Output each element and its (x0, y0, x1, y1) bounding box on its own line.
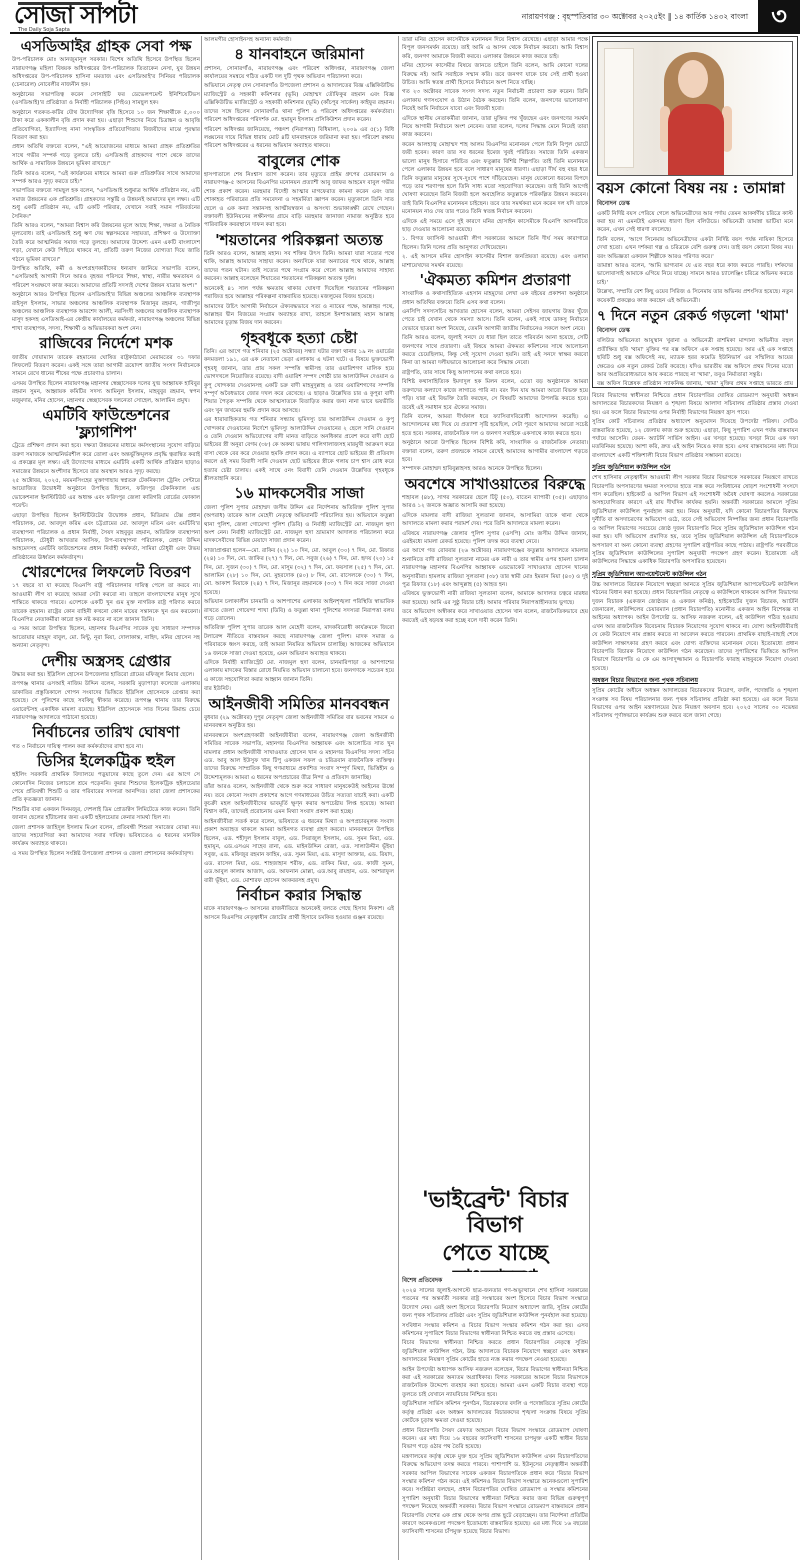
lead-story-body-col3: বিশেষ প্রতিবেদক ২০২৪ সালের জুলাই-আগস্টে … (402, 1274, 588, 1560)
article-vehicle-fine: ৪ যানবাহনে জরিমানা প্রশাসন, সোনারগাঁও, ন… (204, 46, 394, 150)
lead-story-subheading: সুপ্রিম জুডিশিয়াল অ্যাপয়েন্টমেন্ট কাউন… (592, 569, 798, 580)
article-headline: 'ঐকমত্য কমিশন প্রতারণা (402, 272, 588, 289)
article-headline: খোরশেদের লিফলেট বিতরণ (12, 564, 200, 581)
article-paragraph: মন্ত্রণালয়ের কর্তৃত্ব থেকে মুক্ত হয়ে স… (402, 1453, 588, 1537)
article-paragraph: রূপগঞ্জ থানার এসআই নাজিম উদ্দিন বলেন, সর… (12, 680, 200, 722)
lead-story-headline-line1: 'ভাইব্রেন্ট' বিচার বিভাগ (402, 1188, 588, 1239)
lead-story-body-col4: বিচার বিভাগের স্বাধীনতা নিশ্চিতে প্রধান … (592, 392, 798, 721)
article-paragraph: গত ২৩ অক্টোবর সাবেক সংসদ সদস্য নতুন নির্… (402, 88, 588, 113)
article-paragraph: এবিষয়ে ভুক্তভোগী নারী রাজিয়া সুলতানা ব… (402, 590, 588, 607)
article-continuation: বার ইউনিট। (204, 685, 394, 693)
article-paragraph: সম্পাদক মোহাম্মদ হাবিবুল্লাহসহ আরও অনেকে… (402, 465, 588, 473)
article-paragraph: বিচার বিভাগের স্বাধীনতা নিশ্চিতে প্রধান … (592, 392, 798, 417)
article-consensus-commission: 'ঐকমত্য কমিশন প্রতারণা সাংবাদিক ও কথাসাহ… (402, 272, 588, 474)
article-paragraph: বলিউড অভিনেতা আয়ুষ্মান খুরানা ও অভিনেত্… (597, 337, 793, 379)
article-paragraph: অতিরিক্ত পুলিশ সুপার তারেক আল মেহেদী বলে… (204, 624, 394, 658)
lead-story-subheading: অধস্তন বিচার বিভাগের জন্য পৃথক সচিবালয় (592, 675, 798, 686)
article-headline: 'শয়তানের পরিকল্পনা অত্যন্ত (204, 232, 394, 249)
article-paragraph: বিচার বিভাগের স্বাধীনতা নিশ্চিত করতে প্র… (402, 1339, 588, 1364)
article-paragraph: তিনি আরও বলেন, আল্লাহ মহান। সব শক্তির উৎ… (204, 250, 394, 284)
article-paragraph: মানববন্ধনে অংশগ্রহণকারী আইনজীবীরা বলেন, … (204, 732, 394, 782)
article-paragraph: তিনি আরও বলেন, জুলাই সনদে যে ধারা ছিল তা… (402, 334, 588, 368)
lead-story-headline-block: 'ভাইব্রেন্ট' বিচার বিভাগ পেতে যাচ্ছে বাং… (402, 1186, 588, 1272)
dateline: নারায়ণগঞ্জ : বৃহস্পতিবার ৩০ অক্টোবর ২০২… (522, 12, 748, 24)
article-paragraph: ২. এই আসনে মনির হোসাইন কাসেমীর বিশাল জনপ… (402, 253, 588, 270)
article-paragraph: তিনি আরও বলেন, "আমরা বিশ্বাস করি উন্নয়ন… (12, 222, 200, 264)
article-headline: ডিসির ইলেকট্রিক হুইল (12, 753, 200, 770)
article-paragraph: সংবিধান সংস্কার কমিশন ও বিচার বিভাগ সংস্… (402, 1322, 588, 1339)
article-paragraph: প্রশাসন, সোনারগাঁও, নারায়ণগঞ্জ এবং পরিব… (204, 65, 394, 82)
article-paragraph: ট্রেডে প্রশিক্ষণ প্রদান করা হবে। দক্ষতা … (12, 442, 200, 476)
article-paragraph: বক্স অফিস বিশ্লেষক প্রতিষ্ঠান স্যাকনিল্ক… (597, 380, 793, 388)
article-babul-condolence: বাবুলের শোক হাসপাতালে শেষ নিঃশ্বাস ত্যাগ… (204, 153, 394, 230)
actress-photo (597, 41, 793, 176)
article-paragraph: প্রধান বিচারপতি সৈয়দ রেফাত আহমেদ বিচার … (402, 1427, 588, 1452)
article-headline: এমটিবি ফাউন্ডেশনের 'ফ্ল্যাগশিপ' (12, 407, 200, 442)
article-paragraph: মনির হোসেন কাসেমীর বিষয়ে জানতে চাইলে তি… (402, 62, 588, 87)
article-paragraph: এদিকে স্থানীয় নেতাকর্মীরা জানান, তারা ম… (402, 115, 588, 140)
article-headline: ৪ যানবাহনে জরিমানা (204, 46, 394, 63)
article-paragraph: জেলা প্রশাসক জাহিদুল ইসলাম মিঞা বলেন, প্… (12, 824, 200, 849)
column-divider (201, 36, 202, 1560)
article-paragraph: পরিবেশ অধিদপ্তর জানিয়েছে, পঞ্চদশ (নিরাপ… (204, 126, 394, 151)
article-headline: বয়স কোনো বিষয় নয় : তামান্না (597, 180, 793, 197)
article-paragraph: উল্লেখ্য, সম্প্রতি বেশ কিছু ওয়েব সিরিজ … (597, 288, 793, 305)
article-paragraph: জেলা পুলিশ সুপার মোহাম্মদ জসীম উদ্দিন এর… (204, 504, 394, 546)
article-dc-electric-wheelchair: ডিসির ইলেকট্রিক হুইল হুইলিং সরকারি প্রাথ… (12, 753, 200, 858)
column-3: তারা মনির হোসেন কাসেমীকে মনোনয়ন দিয়ে ব… (402, 36, 588, 1186)
article-paragraph: সাংবাদিক ও কথাসাহিত্যিক এহসান মাহমুদের ল… (402, 290, 588, 307)
article-drug-users-sentenced: ১৬ মাদকসেবীর সাজা জেলা পুলিশ সুপার মোহাম… (204, 485, 394, 684)
article-byline: বিনোদন ডেস্ক (597, 198, 793, 209)
article-paragraph: এ সময় উপস্থিত ছিলেন সংশ্লিষ্ট উপজেলা প্… (12, 850, 200, 858)
article-paragraph: অনুষ্ঠানের সভাপতিত্ব করেন সোসাইটি ফর ডেভ… (12, 91, 200, 108)
column-divider (398, 36, 399, 1560)
article-headline: দেশীয় অস্ত্রসহ গ্রেপ্তার (12, 653, 200, 670)
article-paragraph: অনুষ্ঠানে গতকত-কটির যৌথ উদ্যোগিকা বৃত্তি… (12, 109, 200, 143)
article-paragraph: এ সময় আরো উপস্থিত ছিলেন, মহানগর বিএনপির… (12, 625, 200, 650)
article-paragraph: শাহাবল (৪৮), সাগর সরকারের ছেলে টিটু (৫০)… (402, 494, 588, 511)
article-arms-arrest: দেশীয় অস্ত্রসহ গ্রেপ্তার উদ্ধার করা হয়… (12, 653, 200, 723)
article-paragraph: প্রধান অতিথি বক্তব্যে বলেন, "এই আয়োজনের… (12, 143, 200, 168)
article-rajib-mosquito: রাজিবের নির্দেশে মশক জাতীয় দোয়াম্যান ত… (12, 335, 200, 405)
newspaper-logo: সোজা সাপটা (14, 2, 136, 28)
article-election-date: নির্বাচনের তারিখ ঘোষণা গত ৩ নির্বাচনে দা… (12, 724, 200, 751)
article-paragraph: বিশিষ্ট কথাসাহিত্যিক ইমদাদুল হক মিলন বলে… (402, 378, 588, 412)
article-headline: গৃহবধূকে হত্যা চেষ্টা (204, 330, 394, 347)
article-satan-plan: 'শয়তানের পরিকল্পনা অত্যন্ত তিনি আরও বলে… (204, 232, 394, 328)
article-paragraph: রাষ্ট্রপতি, তার সাথে কিছু আলাপনের কথা বল… (402, 369, 588, 377)
article-paragraph: গত ৩ নির্বাচনে দায়িত্ব পালন করা কর্মকর্… (12, 743, 200, 751)
article-paragraph: তিনি বলেন, আমরা দীর্ঘকাল ধরে ফ্যাসিবাদবি… (402, 413, 588, 438)
lead-story-subheading: সুপ্রিম জুডিশিয়াল কাউন্সিল গঠন (592, 462, 798, 473)
column-1: এসডিআইর গ্রাহক সেবা পক্ষ উপ-পরিচালক মোঃ … (12, 36, 200, 1560)
article-headline: ৭ দিনে নতুন রেকর্ড গড়লো 'থামা' (597, 309, 793, 324)
article-paragraph: এসময় উপস্থিত ছিলেন নারায়ণগঞ্জ মহানগর স… (12, 380, 200, 405)
article-paragraph: অনেকেই ৪১ সাল পর্যন্ত ক্ষমতায় থাকার ঘোষ… (204, 285, 394, 302)
article-paragraph: ১. বিগত ফ্যাসিস্ট আওয়ামী লীগ সরকারের আম… (402, 235, 588, 252)
article-headline: বাবুলের শোক (204, 153, 394, 170)
article-paragraph: অনুষ্ঠানে আরও উপস্থিত ছিলেন এসডিআই'র বিভ… (12, 291, 200, 333)
article-byline: বিনোদন ডেস্ক (597, 325, 793, 336)
column-divider (589, 36, 590, 1560)
article-paragraph: তাঁরা আরও বলেন, আইনজীবী থেকে শুরু করে সা… (204, 783, 394, 817)
article-paragraph: বুধবার (২৯ অক্টোবর) দুপুর নেতৃবৃন্দ জেলা… (204, 714, 394, 731)
photo-red-dress (668, 104, 724, 176)
article-paragraph: সুপ্রিম কোর্টের অধীনে অধস্তন আদালতের বিচ… (592, 687, 798, 721)
article-paragraph: এদিকে নির্বাহী ম্যাজিস্ট্রেট মো. নাজমুল … (204, 659, 394, 684)
article-mtb-foundation: এমটিবি ফাউন্ডেশনের 'ফ্ল্যাগশিপ' ট্রেডে প… (12, 407, 200, 562)
article-paragraph: তিনি আরও বলেন, "এই কার্যক্রমের মাধ্যমে আ… (12, 170, 200, 187)
entertainment-box: বয়স কোনো বিষয় নয় : তামান্না বিনোদন ডে… (592, 36, 798, 388)
article-paragraph: এছাড়া উপস্থিত ছিলেন ইনস্টিটিউটের উদ্বোধ… (12, 512, 200, 562)
article-housewife-attack: গৃহবধূকে হত্যা চেষ্টা তিনি। এর আগে গত শন… (204, 330, 394, 484)
article-paragraph: করেন আলহাজ্ব মোহাম্মদ শাহ আলম বিএনপির মন… (402, 141, 588, 217)
article-paragraph: হুইলিং সরকারি প্রাথমিক বিদ্যালয়ে পড়ুয়… (12, 771, 200, 805)
article-paragraph: সাজাপ্রাপ্তরা হলেন—মো. রাকিব (২২) ১০ দিন… (204, 547, 394, 597)
article-paragraph: উপ-পরিচালক মোঃ আনজুমানুল সরকার। বিশেষ অত… (12, 56, 200, 90)
article-sdi-customer-service: এসডিআইর গ্রাহক সেবা পক্ষ উপ-পরিচালক মোঃ … (12, 38, 200, 333)
article-headline: এসডিআইর গ্রাহক সেবা পক্ষ (12, 38, 200, 55)
masthead: সোজা সাপটা The Daily Soja Sapta নারায়ণগ… (0, 0, 800, 34)
article-paragraph: শিশুটির বাবা একজন দিনমজুর, দেশলাই ডিম প্… (12, 806, 200, 823)
article-paragraph: জাতীয় দোয়াম্যান তারেক রহমানের ঘোষিত রা… (12, 354, 200, 379)
article-paragraph: এনসিপি সদস্যসচিব আখতার হোসেন বলেন, আমরা … (402, 308, 588, 333)
article-headline: রাজিবের নির্দেশে মশক (12, 335, 200, 352)
article-paragraph: আইনজীবীরা সতর্ক করে বলেন, ভবিষ্যতে এ ধরন… (204, 818, 394, 885)
article-paragraph: শেখ হাসিনার নেতৃত্বাধীন আওয়ামী লীগ সরকা… (592, 474, 798, 566)
article-paragraph: মাকে নারায়ণগঞ্জ-৩ আসনের রাজনীতিতে অনেকে… (204, 905, 394, 922)
article-paragraph: তামান্না আরও বলেন, 'আমি ভাগ্যবান যে এত ব… (597, 262, 793, 287)
article-continuation: আলমগীর হোসাইনসহ অন্যান্য কর্মকর্তা। (204, 36, 394, 44)
article-paragraph: ২৫ অক্টোবর, ২০২৫, ময়মনসিংহের মুক্তাগাছা… (12, 477, 200, 511)
article-paragraph: এর ধারাবাহিকতায় গত শনিবার সন্ধ্যায় ভূম… (204, 416, 394, 483)
article-paragraph: তবে অভিযোগ অস্বীকার করে সাখাওয়াত হোসেন … (402, 608, 588, 625)
article-paragraph: অভিযানে নেতৃত্ব দেন সোনারগাঁও উপজেলা প্র… (204, 82, 394, 124)
article-headline: নির্বাচন করার সিদ্ধান্ত (204, 887, 394, 904)
article-paragraph: আইন উপদেষ্টা অধ্যাপক আসিফ নজরুল বলেছেন, … (402, 1366, 588, 1400)
masthead-rule (10, 32, 800, 34)
column-2: আলমগীর হোসাইনসহ অন্যান্য কর্মকর্তা। ৪ যা… (204, 36, 394, 1560)
article-paragraph: এর আগে গত রোববার (২৬ অক্টোবর) নারায়ণগঞ্… (402, 547, 588, 589)
article-paragraph: এদিকে এই সময়ে এসে দুই কারণে মনির হোসাইন… (402, 218, 588, 235)
article-headline: ১৬ মাদকসেবীর সাজা (204, 485, 394, 502)
photo-face (678, 60, 708, 98)
article-continuation-candidate: তারা মনির হোসেন কাসেমীকে মনোনয়ন দিয়ে ব… (402, 36, 588, 270)
page-number-badge: ৩ (758, 0, 800, 32)
article-khorshed-leaflet: খোরশেদের লিফলেট বিতরণ ১৭ বছরে যা যা করেছ… (12, 564, 200, 651)
article-paragraph: উদ্ধার করা হয়। ইদ্রিসিল হোসেন উপজেলার হ… (12, 671, 200, 679)
article-paragraph: তিনি। এর আগে গত শনিবার (২৫ অক্টোবর) সন্ধ… (204, 348, 394, 415)
article-paragraph: তারা মনির হোসেন কাসেমীকে মনোনয়ন দিয়ে ব… (402, 36, 588, 61)
article-paragraph: উপস্থিত অতিথি, কর্মী ও অংশগ্রহণকারীদের ধ… (12, 265, 200, 290)
article-paragraph: হাসপাতালে শেষ নিঃশ্বাস ত্যাগ করেন। তার ম… (204, 171, 394, 230)
article-paragraph: উচ্চ আদালতে বিচারক নিয়োগে স্বচ্ছতা আনতে… (592, 581, 798, 673)
article-headline: অবশেষে সাখাওয়াতের বিরুদ্ধে (402, 476, 588, 493)
column-4: বয়স কোনো বিষয় নয় : তামান্না বিনোদন ডে… (592, 36, 798, 1560)
article-paragraph: একটি নির্দিষ্ট বয়স পেরিয়ে গেলে অভিনেত্… (597, 210, 793, 235)
lead-story-headline-line2: পেতে যাচ্ছে বাংলাদেশ (402, 1241, 588, 1272)
article-against-sakhawat: অবশেষে সাখাওয়াতের বিরুদ্ধে শাহাবল (৪৮),… (402, 476, 588, 625)
article-headline: নির্বাচনের তারিখ ঘোষণা (12, 724, 200, 741)
article-paragraph: এবিষয়ে নারায়ণগঞ্জ জেলার পুলিশ সুপার (এ… (402, 530, 588, 547)
article-paragraph: সভাপতির বক্তব্যে সামছুল হক বলেন, "এসডিআই… (12, 187, 200, 221)
lead-story-byline: বিশেষ প্রতিবেদক (402, 1275, 588, 1286)
article-paragraph: অনুষ্ঠানে আরো উপস্থিত ছিলেন বিশিষ্ট কবি,… (402, 439, 588, 464)
article-headline: আইনজীবী সমিতির মানববন্ধন (204, 696, 394, 713)
article-paragraph: অভিযান চলাকালীন চানমারি ও আশপাশের এলাকার… (204, 598, 394, 623)
article-paragraph: আমাদের উচিৎ আগামী নির্বাচনে ঐক্যবদ্ধভাবে… (204, 303, 394, 328)
photo-background-window (604, 48, 634, 168)
article-election-decision: নির্বাচন করার সিদ্ধান্ত মাকে নারায়ণগঞ্জ… (204, 887, 394, 922)
article-paragraph: সুপ্রিম কোর্ট সচিবালয় প্রতিষ্ঠার অধ্যাদ… (592, 418, 798, 460)
article-paragraph: জুডিশিয়াল সার্ভিস কমিশন পুনর্গঠন, বিচার… (402, 1400, 588, 1425)
article-paragraph: এদিকে মামলার বাদী রাজিয়া সুলতানা জানান,… (402, 512, 588, 529)
article-paragraph: তিনি বলেন, 'আগে সিনেমায় অভিনেত্রীদের এক… (597, 236, 793, 261)
article-paragraph: ২০২৪ সালের জুলাই-আগস্টে ছাত্র-জনতার গণ-অ… (402, 1287, 588, 1321)
article-lawyers-human-chain: আইনজীবী সমিতির মানববন্ধন বুধবার (২৯ অক্ট… (204, 696, 394, 885)
article-paragraph: ১৭ বছরে যা যা করেছে বিএনপি রাষ্ট্র পরিচা… (12, 582, 200, 624)
